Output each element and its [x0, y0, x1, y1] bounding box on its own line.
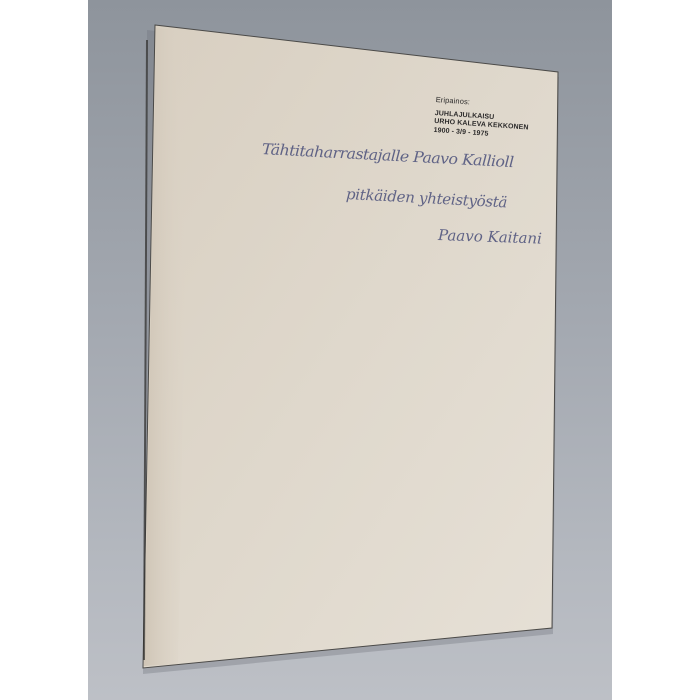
- signature: Paavo Kaitani: [438, 226, 543, 248]
- imprint-block: Eripainos: JUHLAJULKAISU URHO KALEVA KEK…: [433, 96, 530, 142]
- booklet: [0, 0, 700, 700]
